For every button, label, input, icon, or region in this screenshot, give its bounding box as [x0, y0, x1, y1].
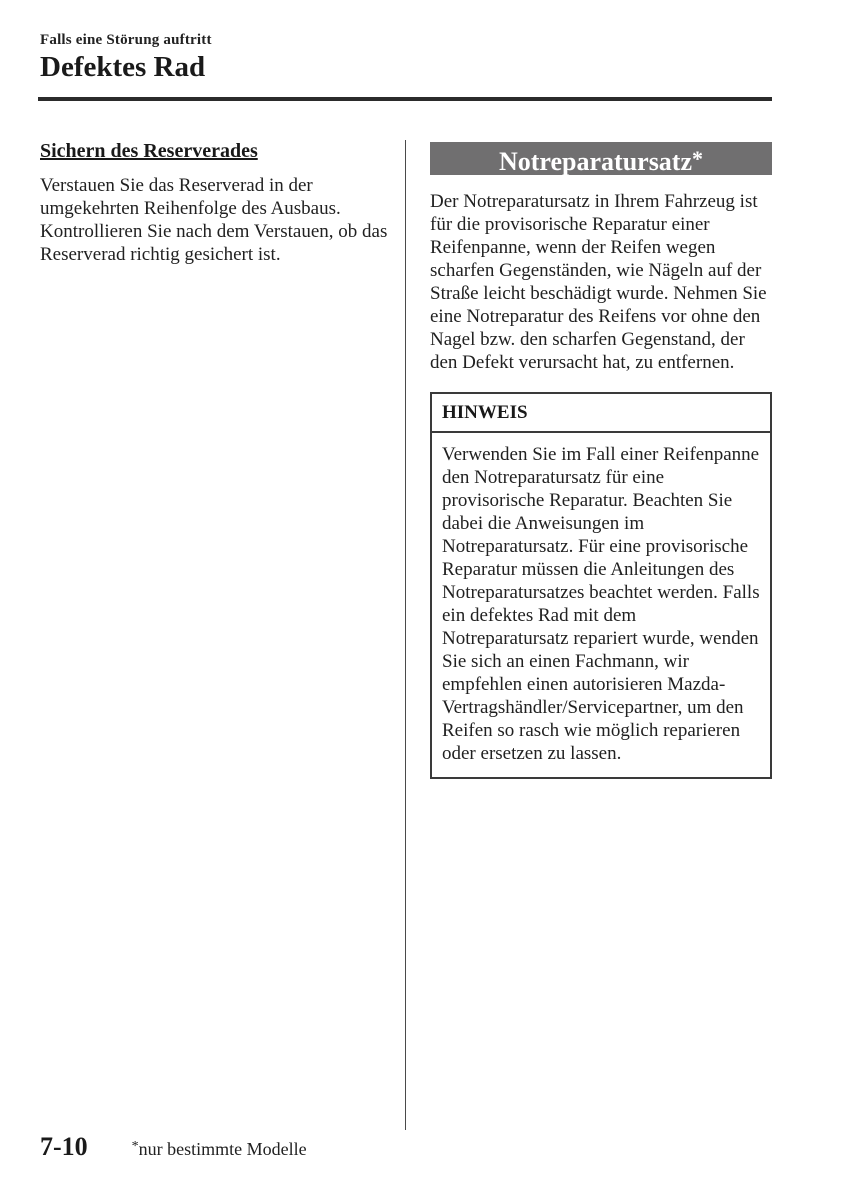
- page-title: Defektes Rad: [40, 51, 773, 84]
- footnote-text: nur bestimmte Modelle: [139, 1139, 307, 1159]
- footnote-asterisk-icon: *: [692, 146, 703, 171]
- note-box-body: Verwenden Sie im Fall einer Reifenpanne …: [432, 433, 770, 777]
- footnote: *nur bestimmte Modelle: [132, 1139, 307, 1160]
- intro-paragraph: Der Notreparatursatz in Ihrem Fahrzeug i…: [430, 190, 772, 374]
- chapter-section-label: Falls eine Störung auftritt: [40, 32, 773, 49]
- header-divider-rule: [38, 97, 772, 101]
- column-divider-rule: [405, 140, 406, 1130]
- subsection-paragraph: Verstauen Sie das Reserverad in der umge…: [40, 174, 390, 266]
- note-box-heading: HINWEIS: [432, 394, 770, 433]
- page-header: Falls eine Störung auftritt Defektes Rad: [40, 32, 773, 84]
- right-column: Notreparatursatz* Der Notreparatursatz i…: [430, 142, 772, 779]
- page-number: 7-10: [40, 1132, 88, 1162]
- footnote-asterisk-icon: *: [132, 1139, 139, 1154]
- page-footer: 7-10 *nur bestimmte Modelle: [40, 1132, 773, 1162]
- subsection-heading: Sichern des Reserverades: [40, 140, 390, 163]
- note-box: HINWEIS Verwenden Sie im Fall einer Reif…: [430, 392, 772, 779]
- section-title-banner: Notreparatursatz*: [430, 142, 772, 175]
- banner-title: Notreparatursatz: [499, 147, 692, 176]
- left-column: Sichern des Reserverades Verstauen Sie d…: [40, 140, 390, 266]
